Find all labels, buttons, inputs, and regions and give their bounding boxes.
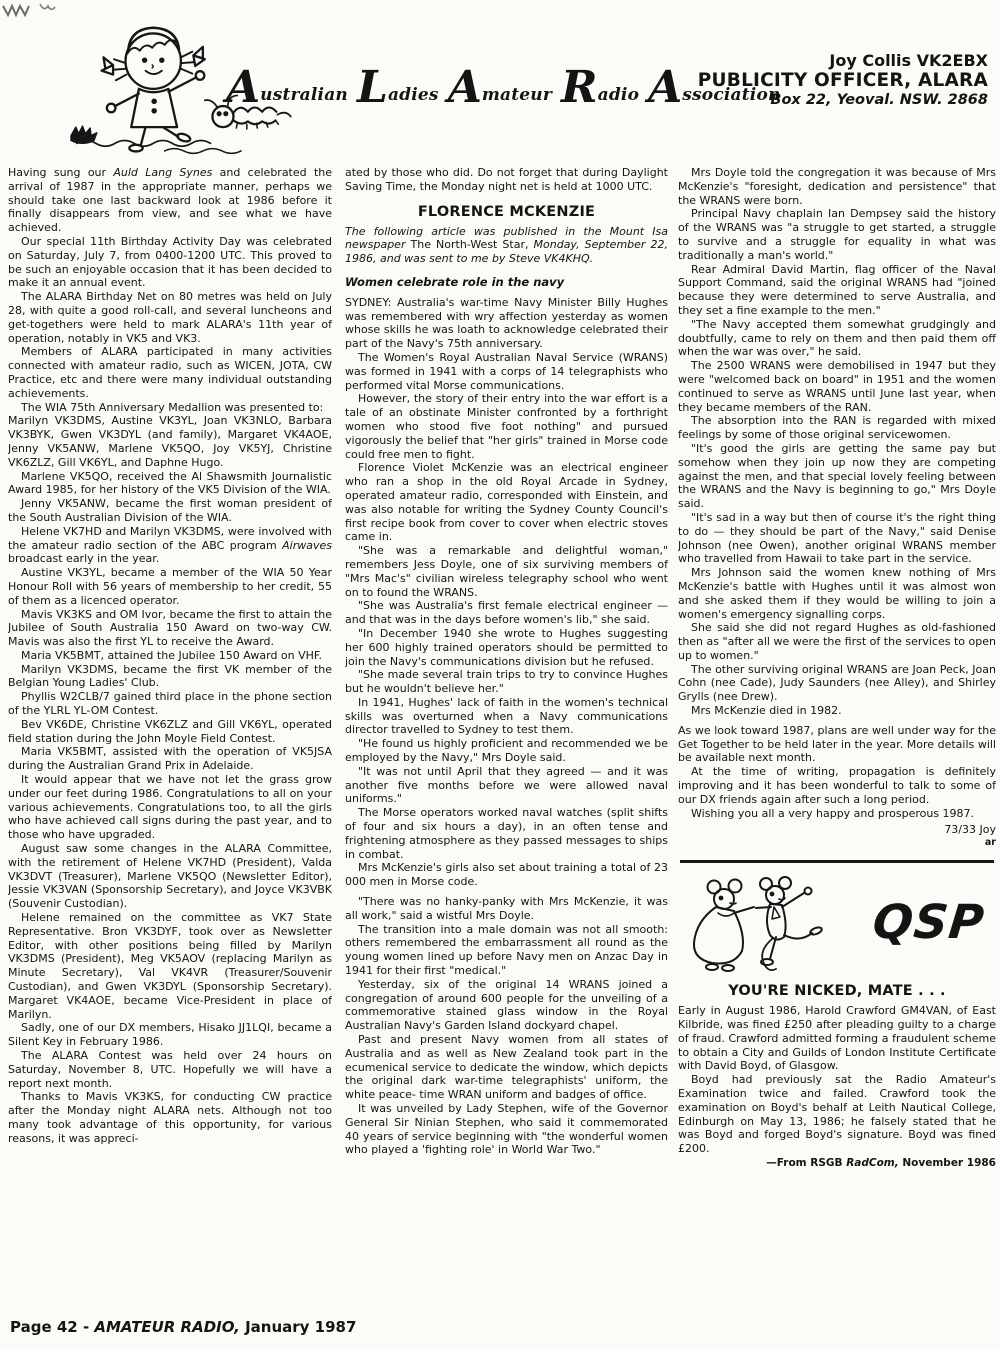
paragraph: At the time of writing, propagation is d… bbox=[678, 765, 996, 806]
title-word-rest: ustralian bbox=[260, 85, 348, 105]
paragraph: The 2500 WRANS were demobilised in 1947 … bbox=[678, 359, 996, 414]
paragraph: Mrs Johnson said the women knew nothing … bbox=[678, 566, 996, 621]
paragraph: Mrs McKenzie's girls also set about trai… bbox=[345, 861, 668, 889]
paragraph: In 1941, Hughes' lack of faith in the wo… bbox=[345, 696, 668, 737]
paragraph: Past and present Navy women from all sta… bbox=[345, 1033, 668, 1102]
paragraph: Our special 11th Birthday Activity Day w… bbox=[8, 235, 332, 290]
title-word: Amateur bbox=[448, 66, 552, 110]
qsp-logo: QSP bbox=[872, 916, 985, 930]
article-heading: YOU'RE NICKED, MATE . . . bbox=[678, 983, 996, 999]
column-right-article: Mrs Doyle told the congregation it was b… bbox=[678, 166, 996, 848]
paragraph: "It's good the girls are getting the sam… bbox=[678, 442, 996, 511]
alara-masthead-title: AustralianLadiesAmateurRadioAssociation bbox=[226, 66, 766, 110]
paragraph: August saw some changes in the ALARA Com… bbox=[8, 842, 332, 911]
paragraph: The ALARA Birthday Net on 80 metres was … bbox=[8, 290, 332, 345]
paragraph: It would appear that we have not let the… bbox=[8, 773, 332, 842]
paragraph: Thanks to Mavis VK3KS, for conducting CW… bbox=[8, 1090, 332, 1145]
title-word: Ladies bbox=[357, 66, 439, 110]
paragraph: The Women's Royal Australian Naval Servi… bbox=[345, 351, 668, 392]
qsp-section: QSP YOU'RE NICKED, MATE . . .Early in Au… bbox=[678, 873, 996, 1171]
dancing-mice-illustration bbox=[678, 873, 863, 973]
paragraph: Helene VK7HD and Marilyn VK3DMS, were in… bbox=[8, 525, 332, 566]
paragraph: "He found us highly proficient and recom… bbox=[345, 737, 668, 765]
paragraph: Mrs Doyle told the congregation it was b… bbox=[678, 166, 996, 207]
section-divider bbox=[680, 860, 994, 863]
qsp-header: QSP bbox=[678, 873, 996, 973]
paragraph: The absorption into the RAN is regarded … bbox=[678, 414, 996, 442]
title-initial: A bbox=[226, 62, 260, 113]
paragraph: Boyd had previously sat the Radio Amateu… bbox=[678, 1073, 996, 1156]
column-right: Mrs Doyle told the congregation it was b… bbox=[678, 166, 996, 1336]
paragraph: Wishing you all a very happy and prosper… bbox=[678, 807, 996, 821]
paragraph: Mrs McKenzie died in 1982. bbox=[678, 704, 996, 718]
paragraph: As we look toward 1987, plans are well u… bbox=[678, 724, 996, 765]
paragraph: "The Navy accepted them somewhat grudgin… bbox=[678, 318, 996, 359]
magazine-page: AustralianLadiesAmateurRadioAssociation … bbox=[0, 0, 1000, 1350]
paragraph: Principal Navy chaplain Ian Dempsey said… bbox=[678, 207, 996, 262]
column-middle: ated by those who did. Do not forget tha… bbox=[345, 166, 668, 1326]
paragraph: Marlene VK5QO, received the Al Shawsmith… bbox=[8, 470, 332, 498]
paragraph: Sadly, one of our DX members, Hisako JJ1… bbox=[8, 1021, 332, 1049]
paragraph: Phyllis W2CLB/7 gained third place in th… bbox=[8, 690, 332, 718]
article-heading: FLORENCE MCKENZIE bbox=[345, 204, 668, 220]
paragraph: "It was not until April that they agreed… bbox=[345, 765, 668, 806]
paragraph: Helene remained on the committee as VK7 … bbox=[8, 911, 332, 1021]
publicity-contact-block: Joy Collis VK2EBX PUBLICITY OFFICER, ALA… bbox=[698, 52, 988, 108]
paragraph: She said she did not regard Hughes as ol… bbox=[678, 621, 996, 662]
title-initial: A bbox=[448, 62, 482, 113]
paragraph: Rear Admiral David Martin, flag officer … bbox=[678, 263, 996, 318]
paragraph: Austine VK3YL, became a member of the WI… bbox=[8, 566, 332, 607]
article-intro: The following article was published in t… bbox=[345, 225, 668, 266]
title-word-rest: adies bbox=[388, 85, 439, 105]
paragraph: The Morse operators worked naval watches… bbox=[345, 806, 668, 861]
publicity-officer-address: Box 22, Yeoval. NSW. 2868 bbox=[698, 92, 988, 109]
paragraph: Having sung our Auld Lang Synes and cele… bbox=[8, 166, 332, 235]
paragraph: "It's sad in a way but then of course it… bbox=[678, 511, 996, 566]
title-word: Radio bbox=[561, 66, 639, 110]
paragraph: It was unveiled by Lady Stephen, wife of… bbox=[345, 1102, 668, 1157]
publicity-officer-name: Joy Collis VK2EBX bbox=[698, 52, 988, 70]
paragraph: Members of ALARA participated in many ac… bbox=[8, 345, 332, 400]
paragraph: "In December 1940 she wrote to Hughes su… bbox=[345, 627, 668, 668]
paragraph: Florence Violet McKenzie was an electric… bbox=[345, 461, 668, 544]
article-signoff: 73/33 Joy bbox=[678, 823, 996, 837]
column-left: Having sung our Auld Lang Synes and cele… bbox=[8, 166, 332, 1318]
publicity-officer-role: PUBLICITY OFFICER, ALARA bbox=[698, 70, 988, 91]
paragraph: The WIA 75th Anniversary Medallion was p… bbox=[8, 401, 332, 415]
paragraph: Yesterday, six of the original 14 WRANS … bbox=[345, 978, 668, 1033]
paragraph: ated by those who did. Do not forget tha… bbox=[345, 166, 668, 194]
end-of-article-mark: ar bbox=[678, 837, 996, 848]
paragraph: Marilyn VK3DMS, Austine VK3YL, Joan VK3N… bbox=[8, 414, 332, 469]
title-initial: R bbox=[561, 62, 598, 113]
paragraph: Bev VK6DE, Christine VK6ZLZ and Gill VK6… bbox=[8, 718, 332, 746]
title-word: Australian bbox=[226, 66, 348, 110]
paragraph: However, the story of their entry into t… bbox=[345, 392, 668, 461]
paragraph: SYDNEY: Australia's war-time Navy Minist… bbox=[345, 296, 668, 351]
page-footer: Page 42 - AMATEUR RADIO, January 1987 bbox=[10, 1318, 356, 1336]
qsp-article: YOU'RE NICKED, MATE . . .Early in August… bbox=[678, 983, 996, 1171]
paragraph: "There was no hanky-panky with Mrs McKen… bbox=[345, 895, 668, 923]
paragraph: Mavis VK3KS and OM Ivor, became the firs… bbox=[8, 608, 332, 649]
paragraph: Jenny VK5ANW, became the first woman pre… bbox=[8, 497, 332, 525]
title-initial: L bbox=[357, 62, 388, 113]
paragraph: "She was a remarkable and delightful wom… bbox=[345, 544, 668, 599]
title-initial: A bbox=[648, 62, 682, 113]
paragraph: The transition into a male domain was no… bbox=[345, 923, 668, 978]
title-word-rest: mateur bbox=[482, 85, 552, 105]
paragraph: Maria VK5BMT, assisted with the operatio… bbox=[8, 745, 332, 773]
paragraph: The other surviving original WRANS are J… bbox=[678, 663, 996, 704]
paragraph: Marilyn VK3DMS, became the first VK memb… bbox=[8, 663, 332, 691]
paragraph: "She was Australia's first female electr… bbox=[345, 599, 668, 627]
article-subheading: Women celebrate role in the navy bbox=[345, 276, 668, 290]
paragraph: The ALARA Contest was held over 24 hours… bbox=[8, 1049, 332, 1090]
paragraph: "She made several train trips to try to … bbox=[345, 668, 668, 696]
paragraph: Early in August 1986, Harold Crawford GM… bbox=[678, 1004, 996, 1073]
title-word-rest: adio bbox=[598, 85, 640, 105]
article-attribution: —From RSGB RadCom, November 1986 bbox=[678, 1157, 996, 1171]
paragraph: Maria VK5BMT, attained the Jubilee 150 A… bbox=[8, 649, 332, 663]
